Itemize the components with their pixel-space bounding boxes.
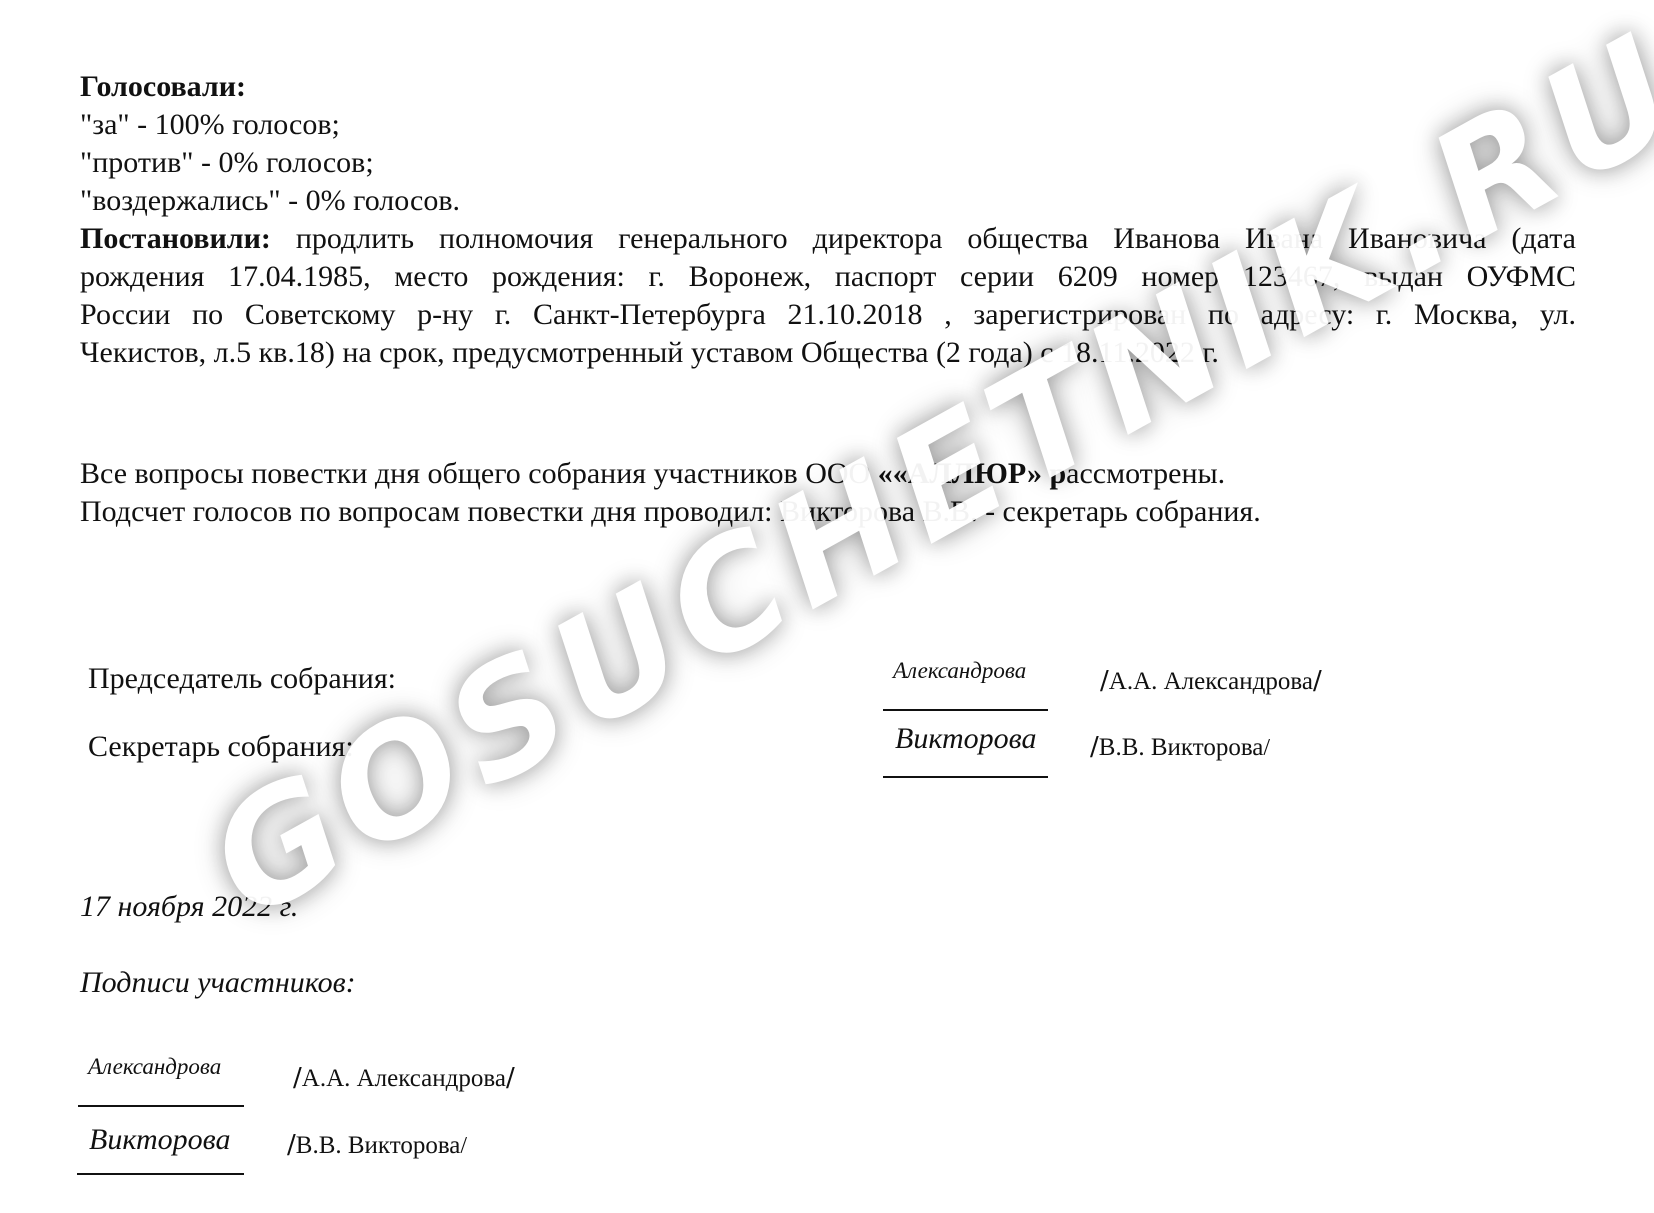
vote-against: "против" - 0% голосов; <box>80 144 374 182</box>
chair-name: /А.А. Александрова/ <box>1100 666 1322 696</box>
resolution-label: Постановили: <box>80 222 271 255</box>
chair-signature: Александрова <box>893 658 1026 684</box>
resolution-line-4: Чекистов, л.5 кв.18) на срок, предусмотр… <box>80 334 1576 372</box>
secretary-label: Секретарь собрания: <box>88 728 354 766</box>
chair-label: Председатель собрания: <box>88 660 396 698</box>
vote-for: "за" - 100% голосов; <box>80 106 340 144</box>
secretary-signature-line <box>883 776 1048 778</box>
participant-signature-line-2 <box>77 1173 244 1175</box>
participant-signature-1: Александрова <box>88 1054 221 1080</box>
participant-signature-line-1 <box>78 1105 244 1107</box>
resolution-line-2: рождения 17.04.1985, место рождения: г. … <box>80 258 1576 296</box>
vote-abstained: "воздержались" - 0% голосов. <box>80 182 460 220</box>
voting-heading: Голосовали: <box>80 68 246 106</box>
participant-name-1: /А.А. Александрова/ <box>293 1063 515 1093</box>
resolution-line-1: Постановили: продлить полномочия генерал… <box>80 220 1576 258</box>
secretary-signature: Викторова <box>895 722 1036 756</box>
secretary-name: /В.В. Викторова/ <box>1090 732 1270 762</box>
participant-signature-2: Викторова <box>89 1123 230 1157</box>
resolution-line-3: России по Советскому р-ну г. Санкт-Петер… <box>80 296 1576 334</box>
participants-heading: Подписи участников: <box>80 964 356 1002</box>
chair-signature-line <box>883 709 1048 711</box>
summary-line-1: Все вопросы повестки дня общего собрания… <box>80 455 1225 493</box>
document-page: Голосовали: "за" - 100% голосов; "против… <box>0 0 1654 1213</box>
participant-name-2: /В.В. Викторова/ <box>287 1130 467 1160</box>
summary-line-2: Подсчет голосов по вопросам повестки дня… <box>80 493 1261 531</box>
resolution-paragraph: Постановили: продлить полномочия генерал… <box>80 220 1576 372</box>
document-date: 17 ноября 2022 г. <box>80 888 298 926</box>
company-name: ««АЛЛЮР» р <box>878 457 1066 490</box>
